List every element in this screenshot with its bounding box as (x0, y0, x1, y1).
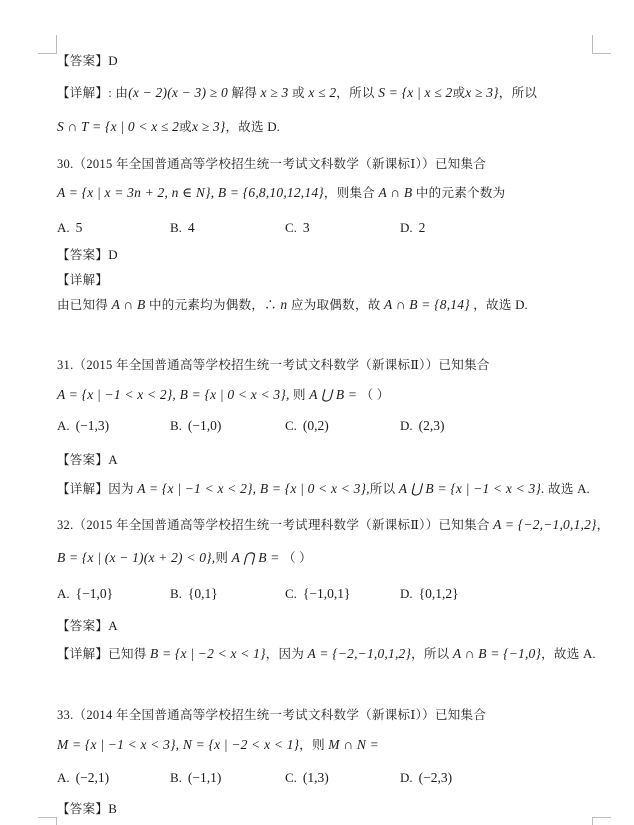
option-a: A.(−1,3) (57, 417, 109, 434)
math-text: A ⋃ B = (309, 387, 357, 402)
option-label: C. (285, 586, 297, 601)
body-text: ，则 (299, 738, 328, 752)
option-value: {0,1,2} (419, 586, 459, 601)
body-text: A. (577, 481, 590, 496)
body-text: ，故选 (225, 120, 267, 134)
option-a: A.{−1,0} (57, 585, 113, 602)
body-text: ，因为 (266, 647, 308, 661)
math-text: S = {x | x ≤ 2 (375, 85, 453, 100)
math-text: A = {x | −1 < x < 2}, B = {x | 0 < x < 3… (137, 481, 370, 496)
detail-q30-text: 由已知得 A ∩ B 中的元素均为偶数，∴ n 应为取偶数，故 A ∩ B = … (57, 296, 528, 314)
math-text: x ≥ 3 (261, 85, 292, 100)
option-label: B. (170, 418, 182, 433)
math-text: M ∩ N = (328, 737, 379, 752)
body-text: A (108, 452, 117, 467)
body-text: D (108, 53, 117, 68)
option-a: A.(−2,1) (57, 769, 109, 786)
body-text: （ ） (357, 388, 389, 402)
math-text: (x − 2)(x − 3) ≥ 0 (128, 85, 231, 100)
option-value: (1,3) (303, 770, 329, 785)
option-label: A. (57, 418, 70, 433)
option-label: C. (285, 770, 297, 785)
body-text: A. (583, 646, 596, 661)
option-value: 2 (419, 220, 426, 235)
option-d: D.(−2,3) (400, 769, 452, 786)
body-text: 32.（2015 年全国普通高等学校招生统一考试理科数学（新课标Ⅱ））已知集合 (57, 518, 493, 532)
math-text: A ∩ B (379, 185, 416, 200)
answer-q32: 【答案】A (57, 617, 118, 635)
body-text: ，所以 (336, 86, 374, 100)
math-text: A ∩ B (112, 297, 149, 312)
body-text: ，故选 (541, 647, 583, 661)
option-label: A. (57, 220, 70, 235)
body-text: 中的元素个数为 (416, 186, 506, 200)
math-text: A = {−2,−1,0,1,2} (308, 646, 412, 661)
crop-mark-bottom-left (38, 817, 57, 825)
question-31-header: 31.（2015 年全国普通高等学校招生统一考试文科数学（新课标Ⅱ））已知集合 (57, 356, 490, 374)
body-text: ，故选 (470, 298, 515, 312)
body-text: 或 (292, 86, 305, 100)
option-label: A. (57, 770, 70, 785)
answer-q33: 【答案】B (57, 800, 117, 818)
body-text: ， (597, 518, 610, 532)
option-d: D.{0,1,2} (400, 585, 459, 602)
math-text: A ∩ B = {−1,0} (453, 646, 541, 661)
body-text: 中的元素均为偶数，∴ (149, 298, 280, 312)
body-text: 【答案】 (57, 248, 108, 262)
math-text: B = {x | −2 < x < 1} (150, 646, 266, 661)
math-text: A = {x | x = 3n + 2, n ∈ N}, B = {6,8,10… (57, 185, 324, 200)
option-value: (0,2) (303, 418, 329, 433)
question-31-formula: A = {x | −1 < x < 2}, B = {x | 0 < x < 3… (57, 386, 390, 404)
option-value: (2,3) (419, 418, 445, 433)
option-label: C. (285, 220, 297, 235)
detail-q29-line2: S ∩ T = {x | 0 < x ≤ 2或x ≥ 3}，故选 D. (57, 118, 280, 136)
body-text: D. (267, 119, 280, 134)
body-text: 【答案】 (57, 619, 108, 633)
option-value: {−1,0} (76, 586, 113, 601)
document-content: 【答案】D【详解】: 由(x − 2)(x − 3) ≥ 0 解得 x ≥ 3 … (57, 0, 597, 825)
math-text: S ∩ T = {x | 0 < x ≤ 2 (57, 119, 179, 134)
option-label: A. (57, 586, 70, 601)
body-text: 33.（2014 年全国普通高等学校招生统一考试文科数学（新课标Ⅰ））已知集合 (57, 708, 486, 722)
body-text: （ ） (280, 551, 312, 565)
option-value: 5 (76, 220, 83, 235)
body-text: D (108, 247, 117, 262)
math-text: A = {−2,−1,0,1,2} (493, 517, 597, 532)
body-text: 【详解】因为 (57, 482, 137, 496)
option-value: (−2,1) (76, 770, 109, 785)
math-text: x ≥ 3} (465, 85, 499, 100)
math-text: A ∩ B = {8,14} (384, 297, 470, 312)
option-value: (−2,3) (419, 770, 452, 785)
detail-q30-label: 【详解】 (57, 271, 108, 289)
math-text: A = {x | −1 < x < 2}, B = {x | 0 < x < 3… (57, 387, 290, 402)
crop-mark-top-left (38, 35, 57, 54)
detail-q31-text: 【详解】因为 A = {x | −1 < x < 2}, B = {x | 0 … (57, 480, 590, 498)
body-text: 故选 (545, 482, 577, 496)
math-text: M = {x | −1 < x < 3}, N = {x | −2 < x < … (57, 737, 299, 752)
answer-q30: 【答案】D (57, 246, 118, 264)
option-label: B. (170, 770, 182, 785)
option-b: B.(−1,0) (170, 417, 221, 434)
body-text: 由已知得 (57, 298, 112, 312)
option-value: {0,1} (188, 586, 218, 601)
math-text: n (280, 297, 291, 312)
body-text: 【详解】: 由 (57, 86, 128, 100)
detail-q29-line1: 【详解】: 由(x − 2)(x − 3) ≥ 0 解得 x ≥ 3 或 x ≤… (57, 84, 537, 102)
question-30-header: 30.（2015 年全国普通高等学校招生统一考试文科数学（新课标Ⅰ））已知集合 (57, 155, 486, 173)
question-30-formula: A = {x | x = 3n + 2, n ∈ N}, B = {6,8,10… (57, 184, 505, 202)
option-c: C.{−1,0,1} (285, 585, 351, 602)
body-text: 【答案】 (57, 453, 108, 467)
body-text: ，则集合 (324, 186, 379, 200)
option-label: B. (170, 220, 182, 235)
body-text: D. (515, 297, 528, 312)
body-text: B (108, 801, 117, 816)
option-d: D.(2,3) (400, 417, 445, 434)
math-text: B = {x | (x − 1)(x + 2) < 0}, (57, 550, 215, 565)
option-value: {−1,0,1} (303, 586, 351, 601)
body-text: 【详解】已知得 (57, 647, 150, 661)
body-text: 则 (215, 551, 231, 565)
body-text: 30.（2015 年全国普通高等学校招生统一考试文科数学（新课标Ⅰ））已知集合 (57, 157, 486, 171)
question-32-formula: B = {x | (x − 1)(x + 2) < 0},则 A ⋂ B = （… (57, 549, 312, 567)
question-33-header: 33.（2014 年全国普通高等学校招生统一考试文科数学（新课标Ⅰ））已知集合 (57, 706, 486, 724)
answer-q29: 【答案】D (57, 52, 118, 70)
option-label: D. (400, 586, 413, 601)
body-text: 应为取偶数，故 (291, 298, 384, 312)
body-text: 31.（2015 年全国普通高等学校招生统一考试文科数学（新课标Ⅱ））已知集合 (57, 358, 490, 372)
question-33-formula: M = {x | −1 < x < 3}, N = {x | −2 < x < … (57, 736, 379, 754)
option-c: C.(0,2) (285, 417, 329, 434)
question-32-header: 32.（2015 年全国普通高等学校招生统一考试理科数学（新课标Ⅱ））已知集合 … (57, 516, 609, 534)
body-text: A (108, 618, 117, 633)
option-a: A.5 (57, 219, 82, 236)
option-label: B. (170, 586, 182, 601)
option-label: D. (400, 220, 413, 235)
option-value: (−1,0) (188, 418, 221, 433)
option-b: B.4 (170, 219, 195, 236)
body-text: ，所以 (499, 86, 537, 100)
body-text: 解得 (231, 86, 260, 100)
option-label: D. (400, 770, 413, 785)
option-b: B.(−1,1) (170, 769, 221, 786)
body-text: 【答案】 (57, 54, 108, 68)
math-text: A ⋃ B = {x | −1 < x < 3}. (399, 481, 545, 496)
body-text: 则 (290, 388, 310, 402)
detail-q32-text: 【详解】已知得 B = {x | −2 < x < 1}，因为 A = {−2,… (57, 645, 596, 663)
option-c: C.(1,3) (285, 769, 329, 786)
option-value: (−1,3) (76, 418, 109, 433)
body-text: 【答案】 (57, 802, 108, 816)
option-d: D.2 (400, 219, 425, 236)
math-text: x ≤ 2 (305, 85, 336, 100)
body-text: 所以 (370, 482, 399, 496)
document-page: 【答案】D【详解】: 由(x − 2)(x − 3) ≥ 0 解得 x ≥ 3 … (0, 0, 634, 825)
option-value: (−1,1) (188, 770, 221, 785)
body-text: 或 (452, 86, 465, 100)
body-text: ，所以 (411, 647, 453, 661)
answer-q31: 【答案】A (57, 451, 118, 469)
option-label: D. (400, 418, 413, 433)
math-text: x ≥ 3} (192, 119, 226, 134)
math-text: A ⋂ B = (232, 550, 280, 565)
option-label: C. (285, 418, 297, 433)
body-text: 或 (179, 120, 192, 134)
option-b: B.{0,1} (170, 585, 218, 602)
body-text: 【详解】 (57, 273, 108, 287)
option-value: 4 (188, 220, 195, 235)
option-c: C.3 (285, 219, 310, 236)
option-value: 3 (303, 220, 310, 235)
